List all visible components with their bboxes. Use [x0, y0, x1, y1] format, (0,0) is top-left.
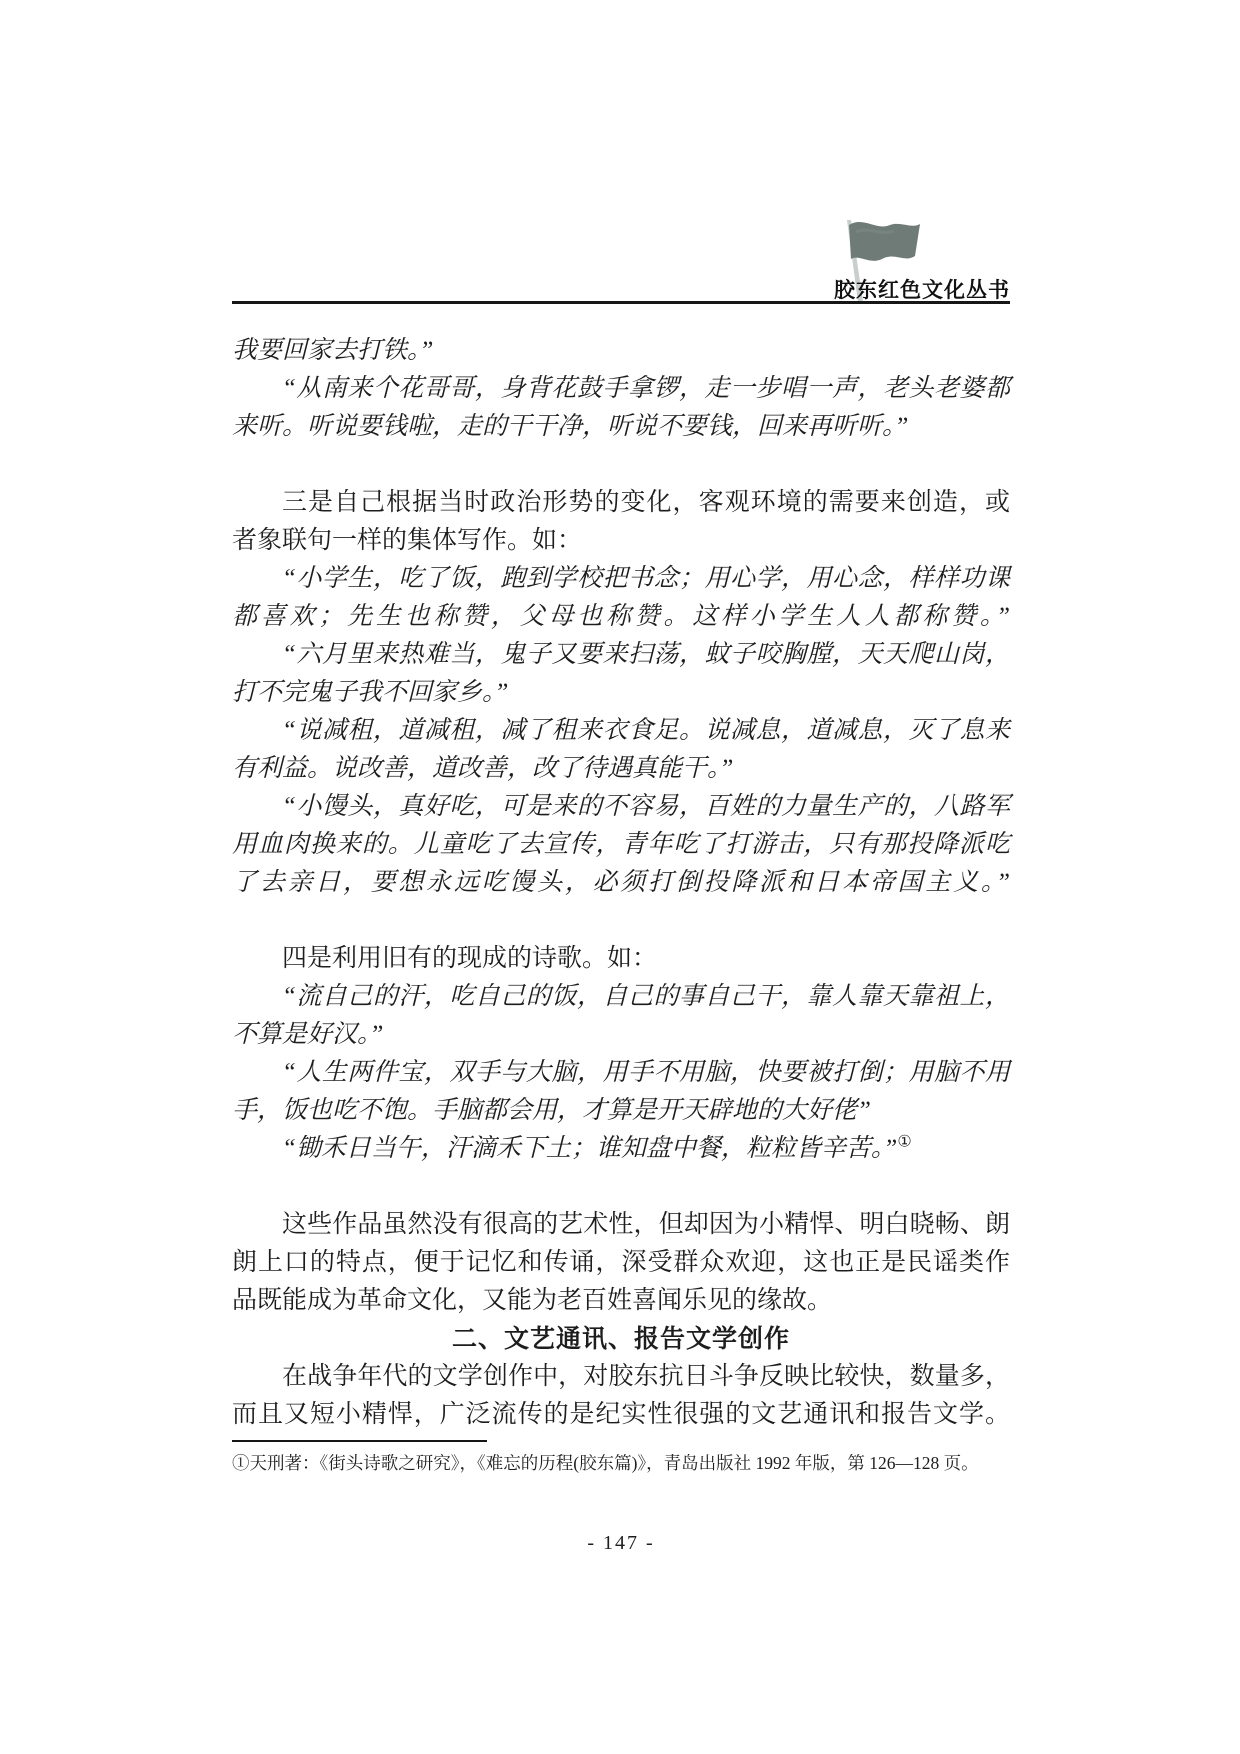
header-rule	[232, 301, 1010, 304]
section-heading: 二、文艺通讯、报告文学创作	[232, 1320, 1010, 1358]
text-line: 朗上口的特点，便于记忆和传诵，深受群众欢迎，这也正是民谣类作	[232, 1244, 1010, 1282]
page-number: - 147 -	[232, 1532, 1010, 1555]
text-line: 我要回家去打铁。”	[232, 332, 1010, 370]
flag-banner	[849, 222, 920, 261]
series-title: 胶东红色文化丛书	[834, 274, 1010, 304]
text-line: 打不完鬼子我不回家乡。”	[232, 674, 1010, 712]
text-line: 有利益。说改善，道改善，改了待遇真能干。”	[232, 750, 1010, 788]
text-line: “小学生，吃了饭，跑到学校把书念；用心学，用心念，样样功课	[232, 560, 1010, 598]
text-line: 三是自己根据当时政治形势的变化，客观环境的需要来创造，或	[232, 484, 1010, 522]
text-line: 手，饭也吃不饱。手脑都会用，才算是开天辟地的大好佬”	[232, 1092, 1010, 1130]
text-line: 者象联句一样的集体写作。如：	[232, 522, 1010, 560]
text-line: 在战争年代的文学创作中，对胶东抗日斗争反映比较快，数量多，	[232, 1358, 1010, 1396]
body-text: 我要回家去打铁。”“从南来个花哥哥，身背花鼓手拿锣，走一步唱一声，老头老婆都来听…	[232, 332, 1010, 1434]
text-line: 了去亲日，要想永远吃馒头，必须打倒投降派和日本帝国主义。”	[232, 864, 1010, 902]
text-line: 用血肉换来的。儿童吃了去宣传，青年吃了打游击，只有那投降派吃	[232, 826, 1010, 864]
text-line: “六月里来热难当，鬼子又要来扫荡，蚊子咬胸膛，天天爬山岗，	[232, 636, 1010, 674]
paragraph-spacer	[232, 902, 1010, 940]
text-line: 四是利用旧有的现成的诗歌。如：	[232, 940, 1010, 978]
paragraph-spacer	[232, 1168, 1010, 1206]
text-line: 不算是好汉。”	[232, 1016, 1010, 1054]
text-line: “从南来个花哥哥，身背花鼓手拿锣，走一步唱一声，老头老婆都	[232, 370, 1010, 408]
text-line: 来听。听说要钱啦，走的干干净，听说不要钱，回来再听听。”	[232, 408, 1010, 446]
footnote-marker: ①	[897, 1134, 911, 1151]
text-line: “锄禾日当午，汗滴禾下土；谁知盘中餐，粒粒皆辛苦。”①	[232, 1130, 1010, 1168]
text-line: “人生两件宝，双手与大脑，用手不用脑，快要被打倒；用脑不用	[232, 1054, 1010, 1092]
text-line: 品既能成为革命文化，又能为老百姓喜闻乐见的缘故。	[232, 1282, 1010, 1320]
footnote-rule	[232, 1440, 487, 1442]
text-line: “说减租，道减租，减了租来衣食足。说减息，道减息，灭了息来	[232, 712, 1010, 750]
text-line: 都喜欢；先生也称赞，父母也称赞。这样小学生人人都称赞。”	[232, 598, 1010, 636]
text-line: “小馒头，真好吃，可是来的不容易，百姓的力量生产的，八路军	[232, 788, 1010, 826]
footnote: ①天刑著：《街头诗歌之研究》，《难忘的历程(胶东篇)》，青岛出版社 1992 年…	[232, 1450, 1010, 1476]
book-page: 胶东红色文化丛书 我要回家去打铁。”“从南来个花哥哥，身背花鼓手拿锣，走一步唱一…	[0, 0, 1240, 1754]
text-line: 而且又短小精悍，广泛流传的是纪实性很强的文艺通讯和报告文学。	[232, 1396, 1010, 1434]
text-line: 这些作品虽然没有很高的艺术性，但却因为小精悍、明白晓畅、朗	[232, 1206, 1010, 1244]
paragraph-spacer	[232, 446, 1010, 484]
text-line: “流自己的汗，吃自己的饭，自己的事自己干，靠人靠天靠祖上，	[232, 978, 1010, 1016]
